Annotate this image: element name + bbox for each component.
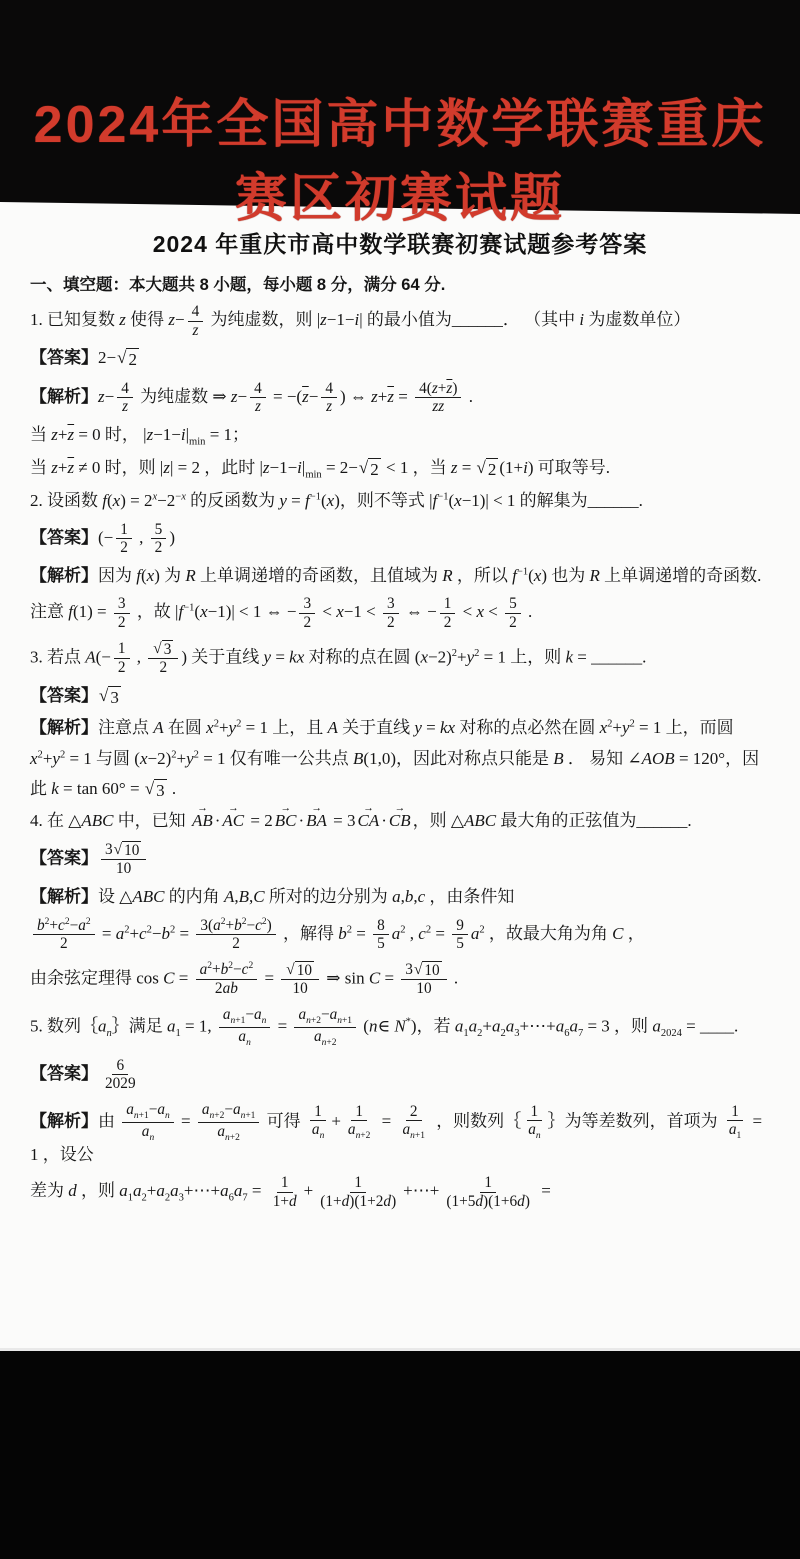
doc-line: 当 z+z = 0 时， |z−1−i|min = 1；: [30, 424, 770, 449]
doc-line: 注意 f(1) = 32 ，故 |f−1(x−1)| < 1 ⇔ −32 < x…: [30, 595, 770, 631]
doc-line: 2. 设函数 f(x) = 2x−2−x 的反函数为 y = f−1(x)，则不…: [30, 490, 770, 512]
doc-line: b2+c2−a22 = a2+c2−b2 = 3(a2+b2−c2)2 ，解得 …: [30, 917, 770, 953]
doc-line: 【解析】设 △ABC 的内角 A,B,C 所对的边分别为 a,b,c ，由条件知: [30, 886, 770, 908]
section-header: 一、填空题：本大题共 8 小题，每小题 8 分，满分 64 分.: [30, 271, 770, 295]
doc-line: 【答案】(−12 , 52): [30, 521, 770, 557]
doc-line: 差为 d ，则 a1a2+a2a3+⋯+a6a7 = 11+d+1(1+d)(1…: [30, 1174, 770, 1210]
doc-line: 3. 若点 A(−12 , √32) 关于直线 y = kx 对称的点在圆 (x…: [30, 640, 770, 677]
banner-title-line-2: 赛区初赛试题: [0, 156, 800, 231]
doc-line: 4. 在 △ABC 中，已知 AB·AC = 2BC·BA = 3CA·CB，则…: [30, 810, 770, 832]
doc-line: 5. 数列｛an｝满足 a1 = 1, an+1−anan = an+2−an+…: [30, 1006, 770, 1049]
doc-line: 当 z+z ≠ 0 时，则 |z| = 2 ，此时 |z−1−i|min = 2…: [30, 457, 770, 482]
doc-line: 【解析】因为 f(x) 为 R 上单调递增的奇函数，且值域为 R ，所以 f−1…: [30, 565, 770, 587]
doc-line: x2+y2 = 1 与圆 (x−2)2+y2 = 1 仅有唯一公共点 B(1,0…: [30, 748, 770, 770]
doc-line: 【答案】√3: [30, 685, 770, 709]
doc-line: 【答案】3√1010: [30, 841, 770, 878]
doc-line: 【解析】由 an+1−anan = an+2−an+1an+2 可得 1an+1…: [30, 1101, 770, 1166]
doc-line: 1. 已知复数 z 使得 z−4z 为纯虚数，则 |z−1−i| 的最小值为__…: [30, 303, 770, 339]
doc-line: 此 k = tan 60° = √3 .: [30, 778, 770, 802]
doc-line: 【解析】注意点 A 在圆 x2+y2 = 1 上，且 A 关于直线 y = kx…: [30, 717, 770, 739]
answer-sheet-page: 2024 年重庆市高中数学联赛初赛试题参考答案 一、填空题：本大题共 8 小题，…: [0, 200, 800, 1348]
doc-content: 2024 年重庆市高中数学联赛初赛试题参考答案 一、填空题：本大题共 8 小题，…: [0, 200, 800, 1210]
doc-line: 由余弦定理得 cos C = a2+b2−c22ab = √1010 ⇒ sin…: [30, 961, 770, 998]
doc-line: 【解析】z−4z 为纯虚数 ⇒ z−4z = −(z−4z) ⇔ z+z = 4…: [30, 380, 770, 416]
problem-lines: 1. 已知复数 z 使得 z−4z 为纯虚数，则 |z−1−i| 的最小值为__…: [30, 303, 770, 1210]
bottom-black-banner: [0, 1348, 800, 1559]
page-root: 2024年全国高中数学联赛重庆 赛区初赛试题 2024 年重庆市高中数学联赛初赛…: [0, 0, 800, 1559]
banner-title-line-1: 2024年全国高中数学联赛重庆: [0, 82, 800, 157]
doc-line: 【答案】62029: [30, 1057, 770, 1093]
doc-line: 【答案】2−√2: [30, 347, 770, 371]
